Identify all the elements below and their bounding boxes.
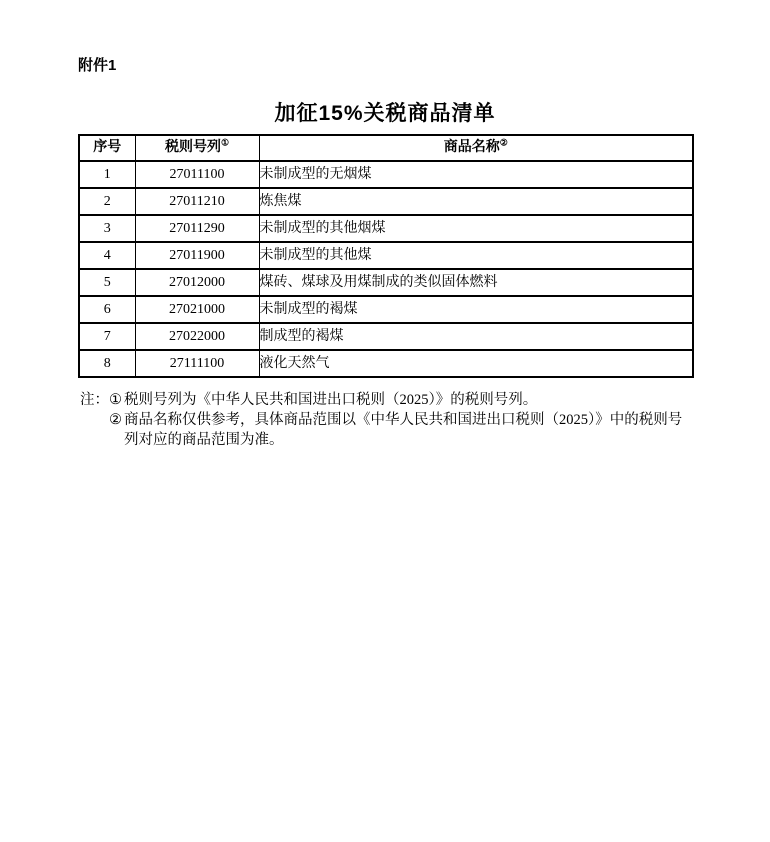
- document-page: 附件1 加征15%关税商品清单 序号 税则号列① 商品名称② 1 2701110…: [0, 0, 770, 842]
- header-label-name: 商品名称: [444, 140, 500, 155]
- footnote-item: ① 税则号列为《中华人民共和国进出口税则（2025）》的税则号列。: [109, 390, 695, 410]
- cell-name: 制成型的褐煤: [259, 323, 693, 350]
- cell-code: 27111100: [135, 350, 259, 377]
- header-sup-name: ②: [500, 138, 508, 148]
- cell-name: 未制成型的其他烟煤: [259, 215, 693, 242]
- footnote-text: 税则号列为《中华人民共和国进出口税则（2025）》的税则号列。: [124, 390, 695, 410]
- tariff-table: 序号 税则号列① 商品名称② 1 27011100 未制成型的无烟煤 2 270…: [78, 134, 694, 378]
- header-label-no: 序号: [93, 140, 121, 155]
- cell-name: 液化天然气: [259, 350, 693, 377]
- footnote-text: 商品名称仅供参考，具体商品范围以《中华人民共和国进出口税则（2025）》中的税则…: [124, 410, 695, 450]
- cell-code: 27011900: [135, 242, 259, 269]
- cell-code: 27021000: [135, 296, 259, 323]
- table-row: 2 27011210 炼焦煤: [79, 188, 693, 215]
- header-cell-name: 商品名称②: [259, 135, 693, 161]
- footnotes: 注： ① 税则号列为《中华人民共和国进出口税则（2025）》的税则号列。 ② 商…: [80, 390, 695, 450]
- table-row: 6 27021000 未制成型的褐煤: [79, 296, 693, 323]
- footnote-marker: ①: [109, 390, 124, 410]
- cell-code: 27011100: [135, 161, 259, 188]
- cell-name: 未制成型的无烟煤: [259, 161, 693, 188]
- table-row: 7 27022000 制成型的褐煤: [79, 323, 693, 350]
- cell-name: 未制成型的其他煤: [259, 242, 693, 269]
- cell-no: 5: [79, 269, 135, 296]
- cell-no: 3: [79, 215, 135, 242]
- footnotes-label: 注：: [80, 390, 109, 410]
- cell-code: 27011290: [135, 215, 259, 242]
- cell-name: 煤砖、煤球及用煤制成的类似固体燃料: [259, 269, 693, 296]
- header-cell-code: 税则号列①: [135, 135, 259, 161]
- table-row: 8 27111100 液化天然气: [79, 350, 693, 377]
- cell-no: 7: [79, 323, 135, 350]
- table-body: 1 27011100 未制成型的无烟煤 2 27011210 炼焦煤 3 270…: [79, 161, 693, 377]
- cell-name: 炼焦煤: [259, 188, 693, 215]
- cell-name: 未制成型的褐煤: [259, 296, 693, 323]
- cell-no: 2: [79, 188, 135, 215]
- page-title: 加征15%关税商品清单: [0, 97, 770, 127]
- footnote-item: ② 商品名称仅供参考，具体商品范围以《中华人民共和国进出口税则（2025）》中的…: [109, 410, 695, 450]
- table-row: 1 27011100 未制成型的无烟煤: [79, 161, 693, 188]
- cell-code: 27022000: [135, 323, 259, 350]
- table-head: 序号 税则号列① 商品名称②: [79, 135, 693, 161]
- table-row: 3 27011290 未制成型的其他烟煤: [79, 215, 693, 242]
- cell-code: 27012000: [135, 269, 259, 296]
- attachment-label: 附件1: [78, 54, 116, 75]
- header-sup-code: ①: [221, 138, 229, 148]
- footnote-list: ① 税则号列为《中华人民共和国进出口税则（2025）》的税则号列。 ② 商品名称…: [109, 390, 695, 450]
- cell-no: 8: [79, 350, 135, 377]
- footnote-marker: ②: [109, 410, 124, 430]
- cell-no: 4: [79, 242, 135, 269]
- table-row: 4 27011900 未制成型的其他煤: [79, 242, 693, 269]
- header-cell-no: 序号: [79, 135, 135, 161]
- cell-code: 27011210: [135, 188, 259, 215]
- header-label-code: 税则号列: [165, 140, 221, 155]
- cell-no: 1: [79, 161, 135, 188]
- table-header-row: 序号 税则号列① 商品名称②: [79, 135, 693, 161]
- cell-no: 6: [79, 296, 135, 323]
- table-row: 5 27012000 煤砖、煤球及用煤制成的类似固体燃料: [79, 269, 693, 296]
